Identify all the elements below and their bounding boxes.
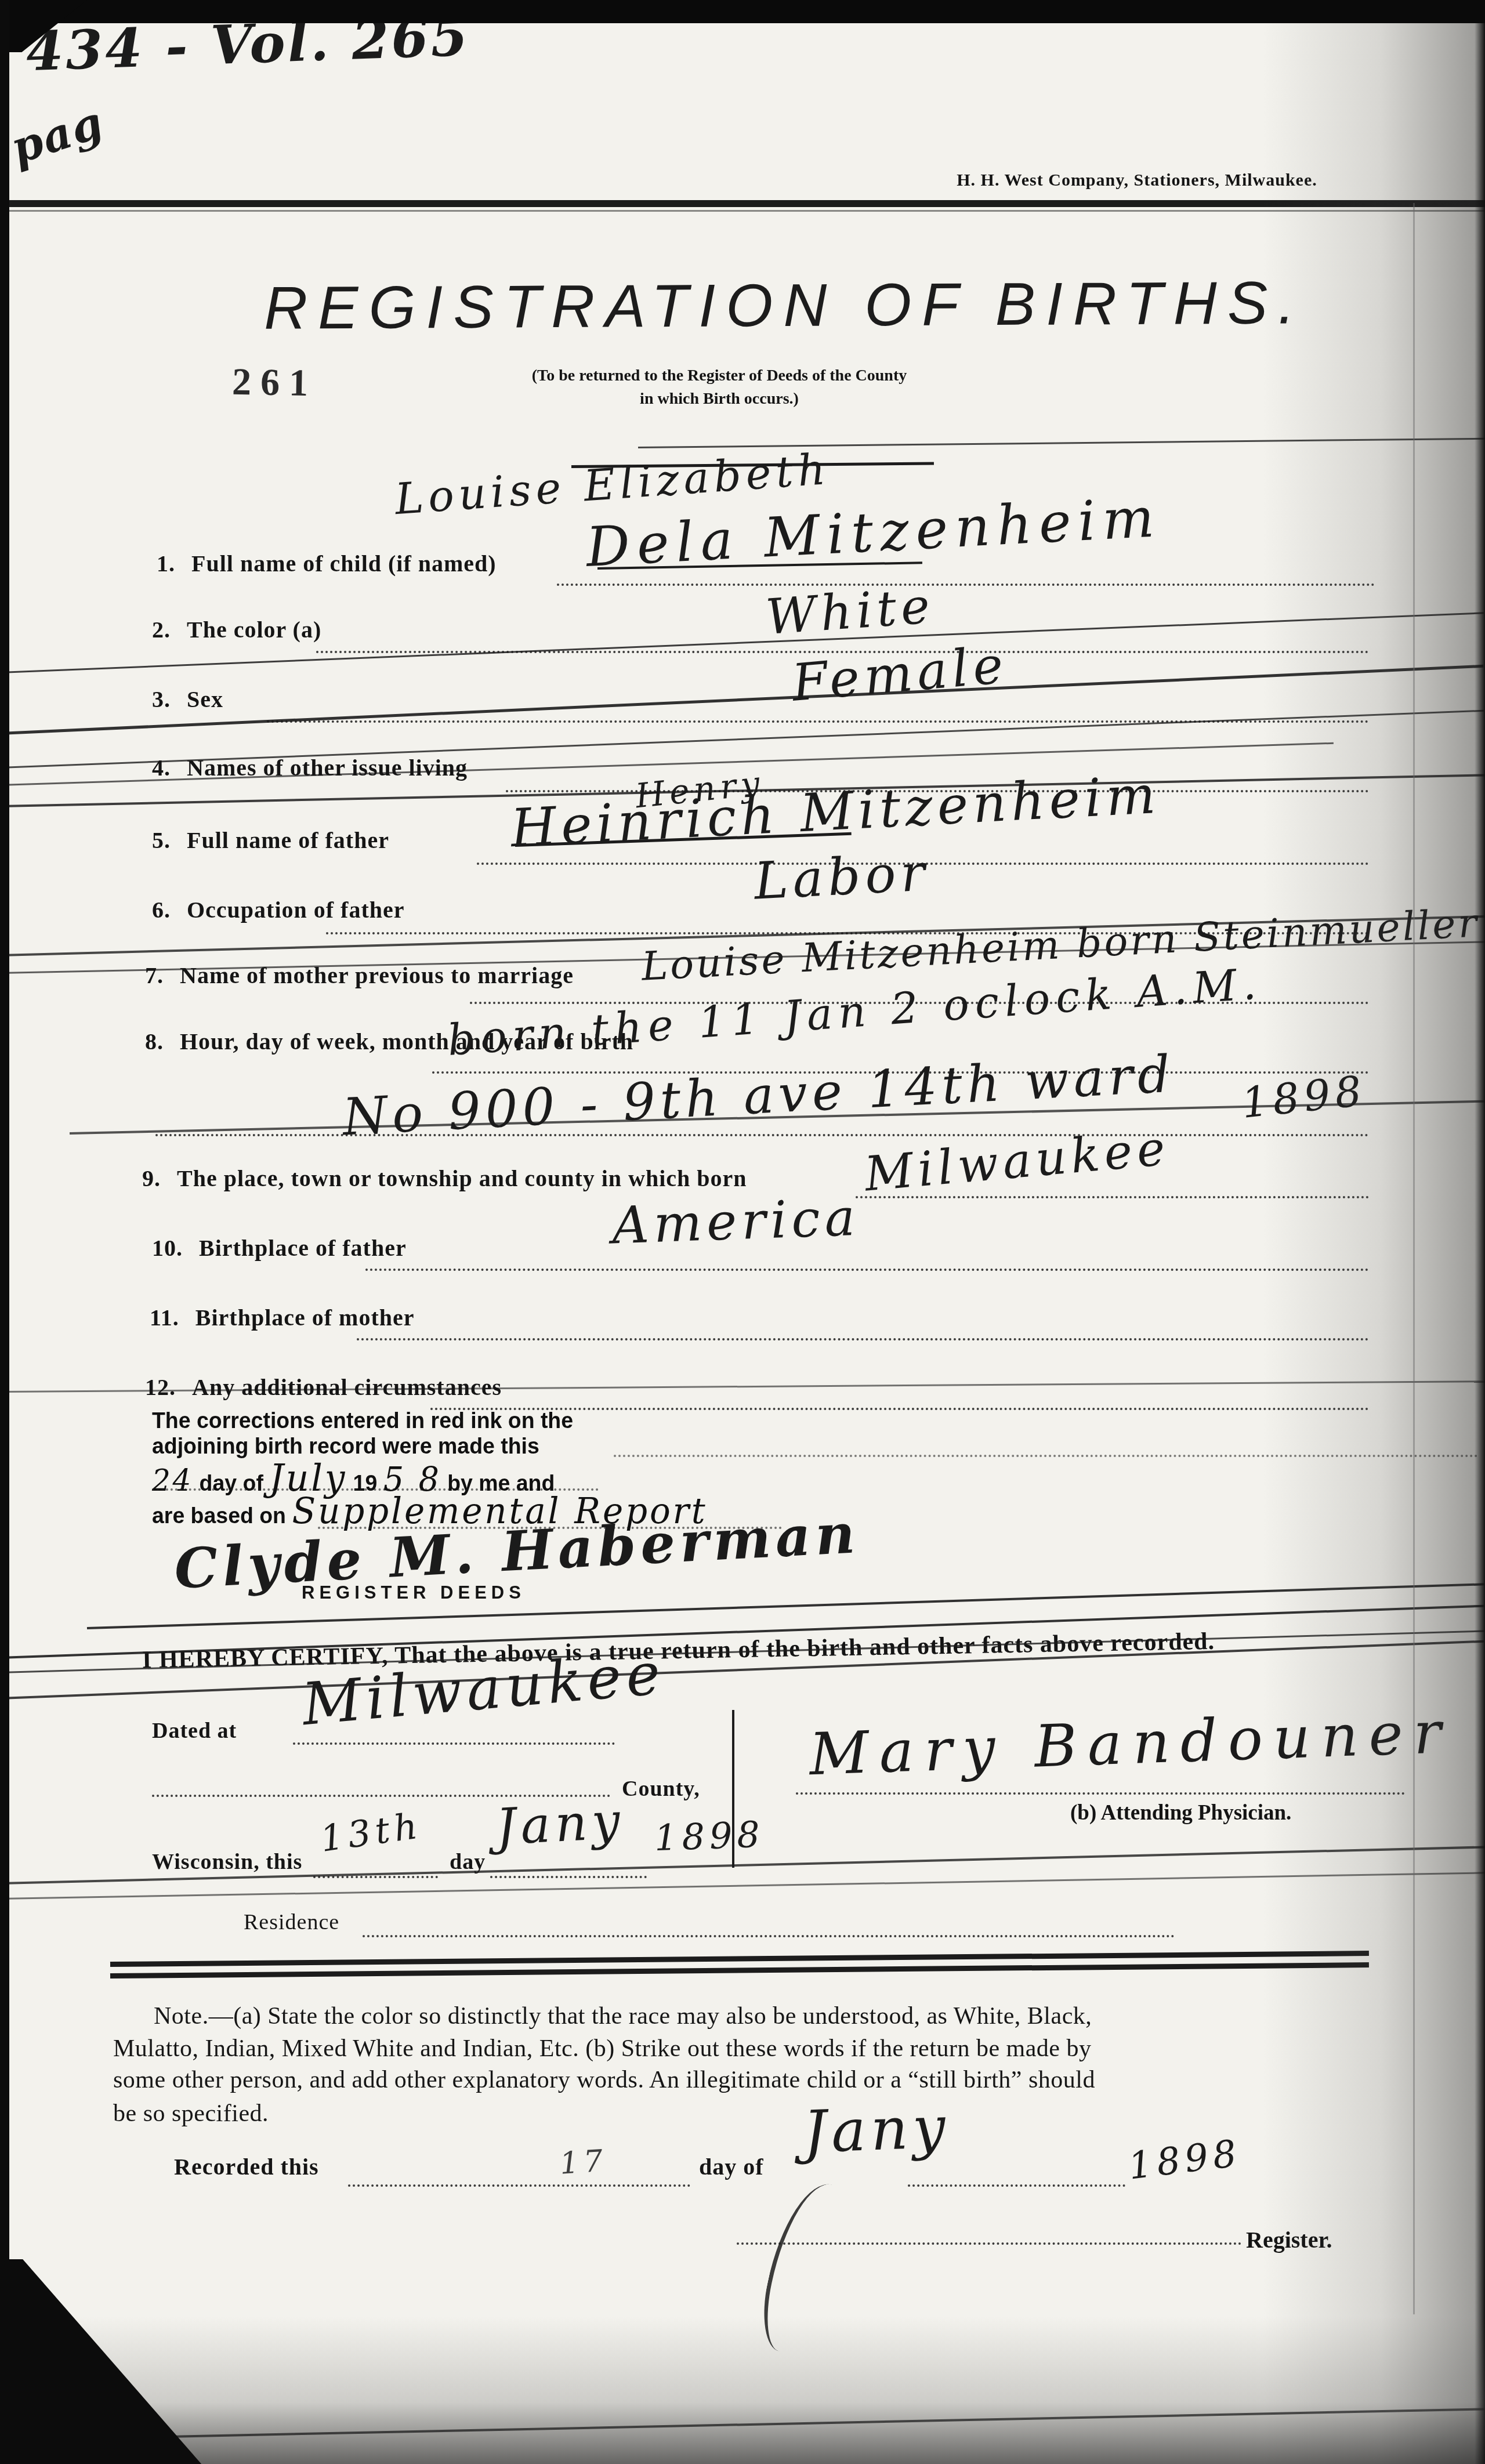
field-8-year: 1898 (1240, 1070, 1368, 1124)
dotted-fill-line (557, 584, 1375, 586)
dotted-fill-line (155, 1134, 1369, 1136)
document-title: REGISTRATION OF BIRTHS. (264, 269, 1306, 343)
field-1-label: 1.Full name of child (if named) (157, 550, 497, 577)
field-2-label: 2.The color (a) (152, 616, 321, 643)
physician-signature: Mary Bandouner (809, 1704, 1453, 1784)
recorded-year-value: 1898 (1127, 2135, 1243, 2185)
note-line-4: be so specified. (113, 2100, 269, 2128)
field-10-value: America (611, 1192, 861, 1252)
attending-physician-caption: (b) Attending Physician. (1070, 1800, 1291, 1825)
field-4-number: 4. (152, 754, 171, 781)
return-note-line1: (To be returned to the Register of Deeds… (406, 367, 1033, 385)
top-rule-shadow (0, 210, 1485, 212)
field-3-label: 3.Sex (152, 686, 223, 713)
scan-artifact (638, 438, 1485, 448)
field-11-number: 11. (150, 1304, 179, 1331)
residence-label: Residence (244, 1909, 339, 1935)
dotted-fill-line (737, 2242, 1241, 2245)
field-2-number: 2. (152, 616, 171, 643)
field-5-number: 5. (152, 827, 171, 854)
certify-year-value: 1898 (654, 1817, 765, 1857)
field-5-label: 5.Full name of father (152, 827, 389, 854)
dotted-fill-line (796, 1792, 1405, 1795)
note-line-2: Mulatto, Indian, Mixed White and Indian,… (113, 2035, 1091, 2063)
stationer-imprint: H. H. West Company, Stationers, Milwauke… (859, 171, 1415, 190)
field-2-value: White (764, 581, 936, 642)
field-10-number: 10. (152, 1234, 183, 1262)
top-rule (0, 200, 1485, 207)
field-9-number: 9. (142, 1165, 161, 1192)
wisconsin-this-label: Wisconsin, this (152, 1849, 302, 1875)
recorded-month-value: Jany (802, 2099, 951, 2162)
field-10-label: 10.Birthplace of father (152, 1234, 407, 1262)
correction-stamp-line1: The corrections entered in red ink on th… (152, 1408, 573, 1434)
note-line-3: some other person, and add other explana… (113, 2066, 1095, 2094)
top-border-band (0, 0, 1485, 23)
dotted-fill-line (363, 1935, 1175, 1937)
dotted-fill-line (365, 1269, 1369, 1271)
scan-artifact (0, 2408, 1484, 2441)
dotted-fill-line (614, 1455, 1478, 1457)
register-label: Register. (1246, 2226, 1332, 2253)
field-12-label: 12.Any additional circumstances (145, 1374, 502, 1401)
return-note-line2: in which Birth occurs.) (406, 390, 1033, 408)
right-margin-rule (1413, 203, 1415, 2314)
record-number-stamp: 261 (231, 360, 317, 406)
field-11-label: 11.Birthplace of mother (150, 1304, 415, 1331)
field-12-number: 12. (145, 1374, 176, 1401)
scanned-birth-registration-document: 434 - Vol. 265 pag H. H. West Company, S… (0, 0, 1485, 2464)
pen-flourish (754, 2176, 857, 2360)
note-line-1: Note.—(a) State the color so distinctly … (113, 2002, 1092, 2030)
register-deeds-caption: REGISTER DEEDS (302, 1582, 526, 1603)
certify-day-value: 13th (318, 1807, 425, 1857)
dotted-fill-line (293, 1742, 615, 1745)
field-6-label: 6.Occupation of father (152, 896, 405, 923)
scan-artifact (0, 1872, 1485, 1900)
dotted-fill-line (490, 1876, 647, 1878)
field-7-label: 7.Name of mother previous to marriage (145, 962, 574, 989)
field-3-value: Female (790, 639, 1010, 709)
dotted-fill-line (348, 2184, 690, 2187)
field-7-number: 7. (145, 962, 164, 989)
field-9-label: 9.The place, town or township and county… (142, 1165, 747, 1192)
correction-stamp-line2: adjoining birth record were made this (152, 1434, 539, 1459)
page-notation: pag (6, 100, 108, 171)
certify-month-value: Jany (495, 1796, 626, 1852)
field-1-number: 1. (157, 550, 175, 577)
field-8-number: 8. (145, 1028, 164, 1055)
recorded-day-value: 17 (559, 2146, 609, 2179)
recorded-day-of-label: day of (699, 2153, 764, 2180)
dotted-fill-line (357, 1338, 1369, 1340)
field-6-number: 6. (152, 896, 171, 923)
field-4-label: 4.Names of other issue living (152, 754, 468, 781)
dated-at-label: Dated at (152, 1718, 237, 1744)
dotted-fill-line (856, 1196, 1369, 1198)
dotted-fill-line (267, 720, 1369, 723)
county-label: County, (622, 1776, 700, 1802)
field-6-value: Labor (753, 847, 930, 907)
dotted-fill-line (908, 2184, 1125, 2187)
left-border-strip (0, 0, 9, 2464)
recorded-this-label: Recorded this (174, 2153, 319, 2180)
field-3-number: 3. (152, 686, 171, 713)
